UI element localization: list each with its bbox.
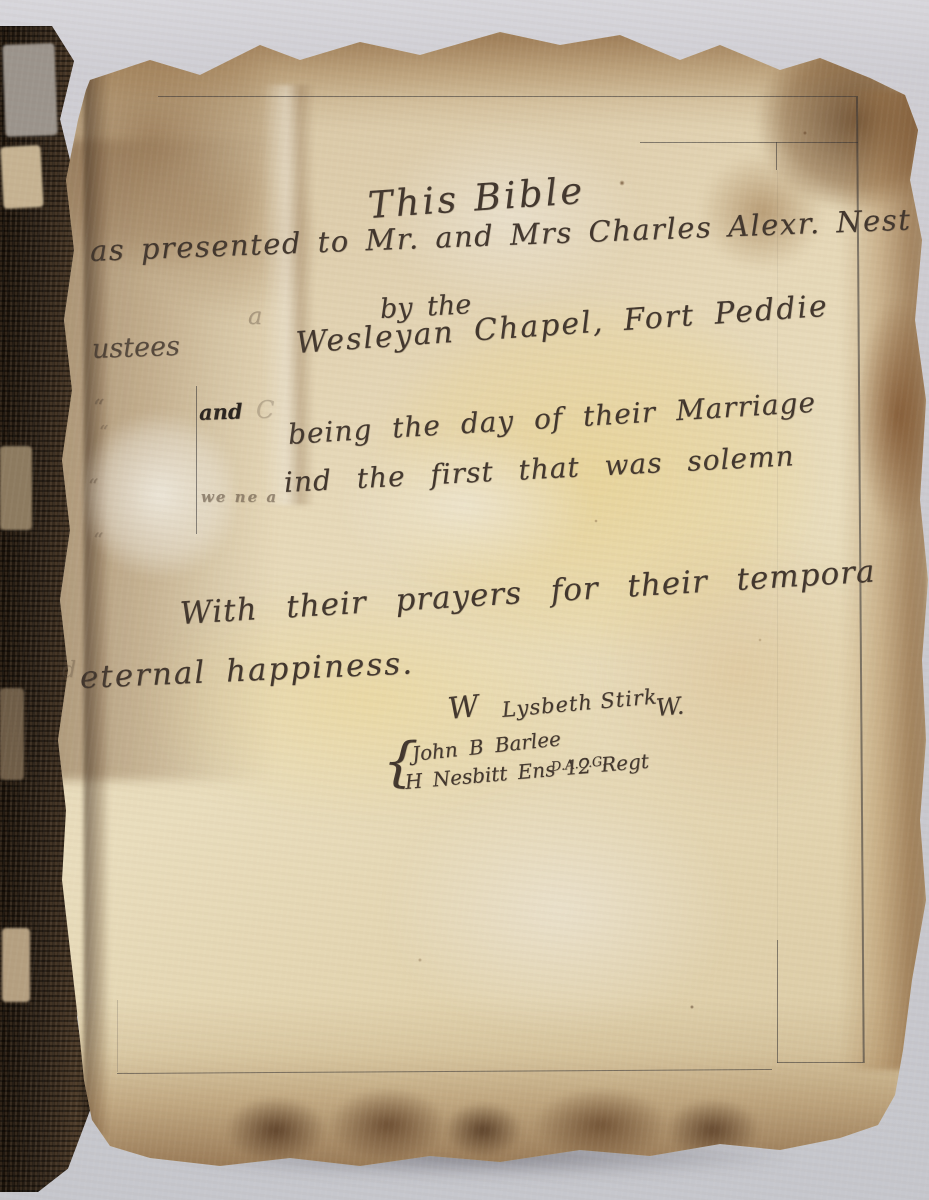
- handwritten-trustees-fragment: ustees: [91, 331, 180, 365]
- photo-of-bible-flyleaf: This Bible as presented to Mr. and Mrs C…: [0, 0, 929, 1200]
- ghost-mark-a: a: [248, 302, 262, 330]
- torn-page-stub: [0, 688, 24, 780]
- torn-page-stub: [0, 145, 43, 209]
- ghost-ditto-mark: “: [88, 474, 98, 498]
- ruled-border-top: [158, 96, 858, 97]
- ghost-ditto-mark: “: [93, 396, 104, 421]
- ghost-fragment: we ne a: [201, 488, 278, 506]
- ruled-border-top-tick: [776, 142, 777, 170]
- spine-worn-patch: [2, 43, 57, 137]
- torn-page-stub: [2, 928, 30, 1002]
- ghost-mark-d: d: [62, 658, 76, 683]
- ghost-ditto-mark: “: [93, 528, 103, 552]
- signature-witness-flourish: W: [446, 689, 480, 727]
- ruled-border-top-inner: [640, 142, 858, 143]
- torn-page-stub: [0, 446, 32, 530]
- ruled-border-left-segment: [196, 386, 197, 534]
- ruled-border-left-faint: [117, 1000, 118, 1072]
- ghost-ditto-mark: “: [99, 422, 108, 443]
- handwritten-and-word: and: [199, 398, 243, 425]
- ghost-mark-c: C: [256, 396, 274, 424]
- signature-witness-end-mark: W.: [655, 692, 685, 722]
- ruled-border-right-inner: [777, 940, 778, 1063]
- ruled-border-bottom-inner: [777, 1062, 863, 1063]
- ruled-border-right-inner-faint: [777, 170, 778, 940]
